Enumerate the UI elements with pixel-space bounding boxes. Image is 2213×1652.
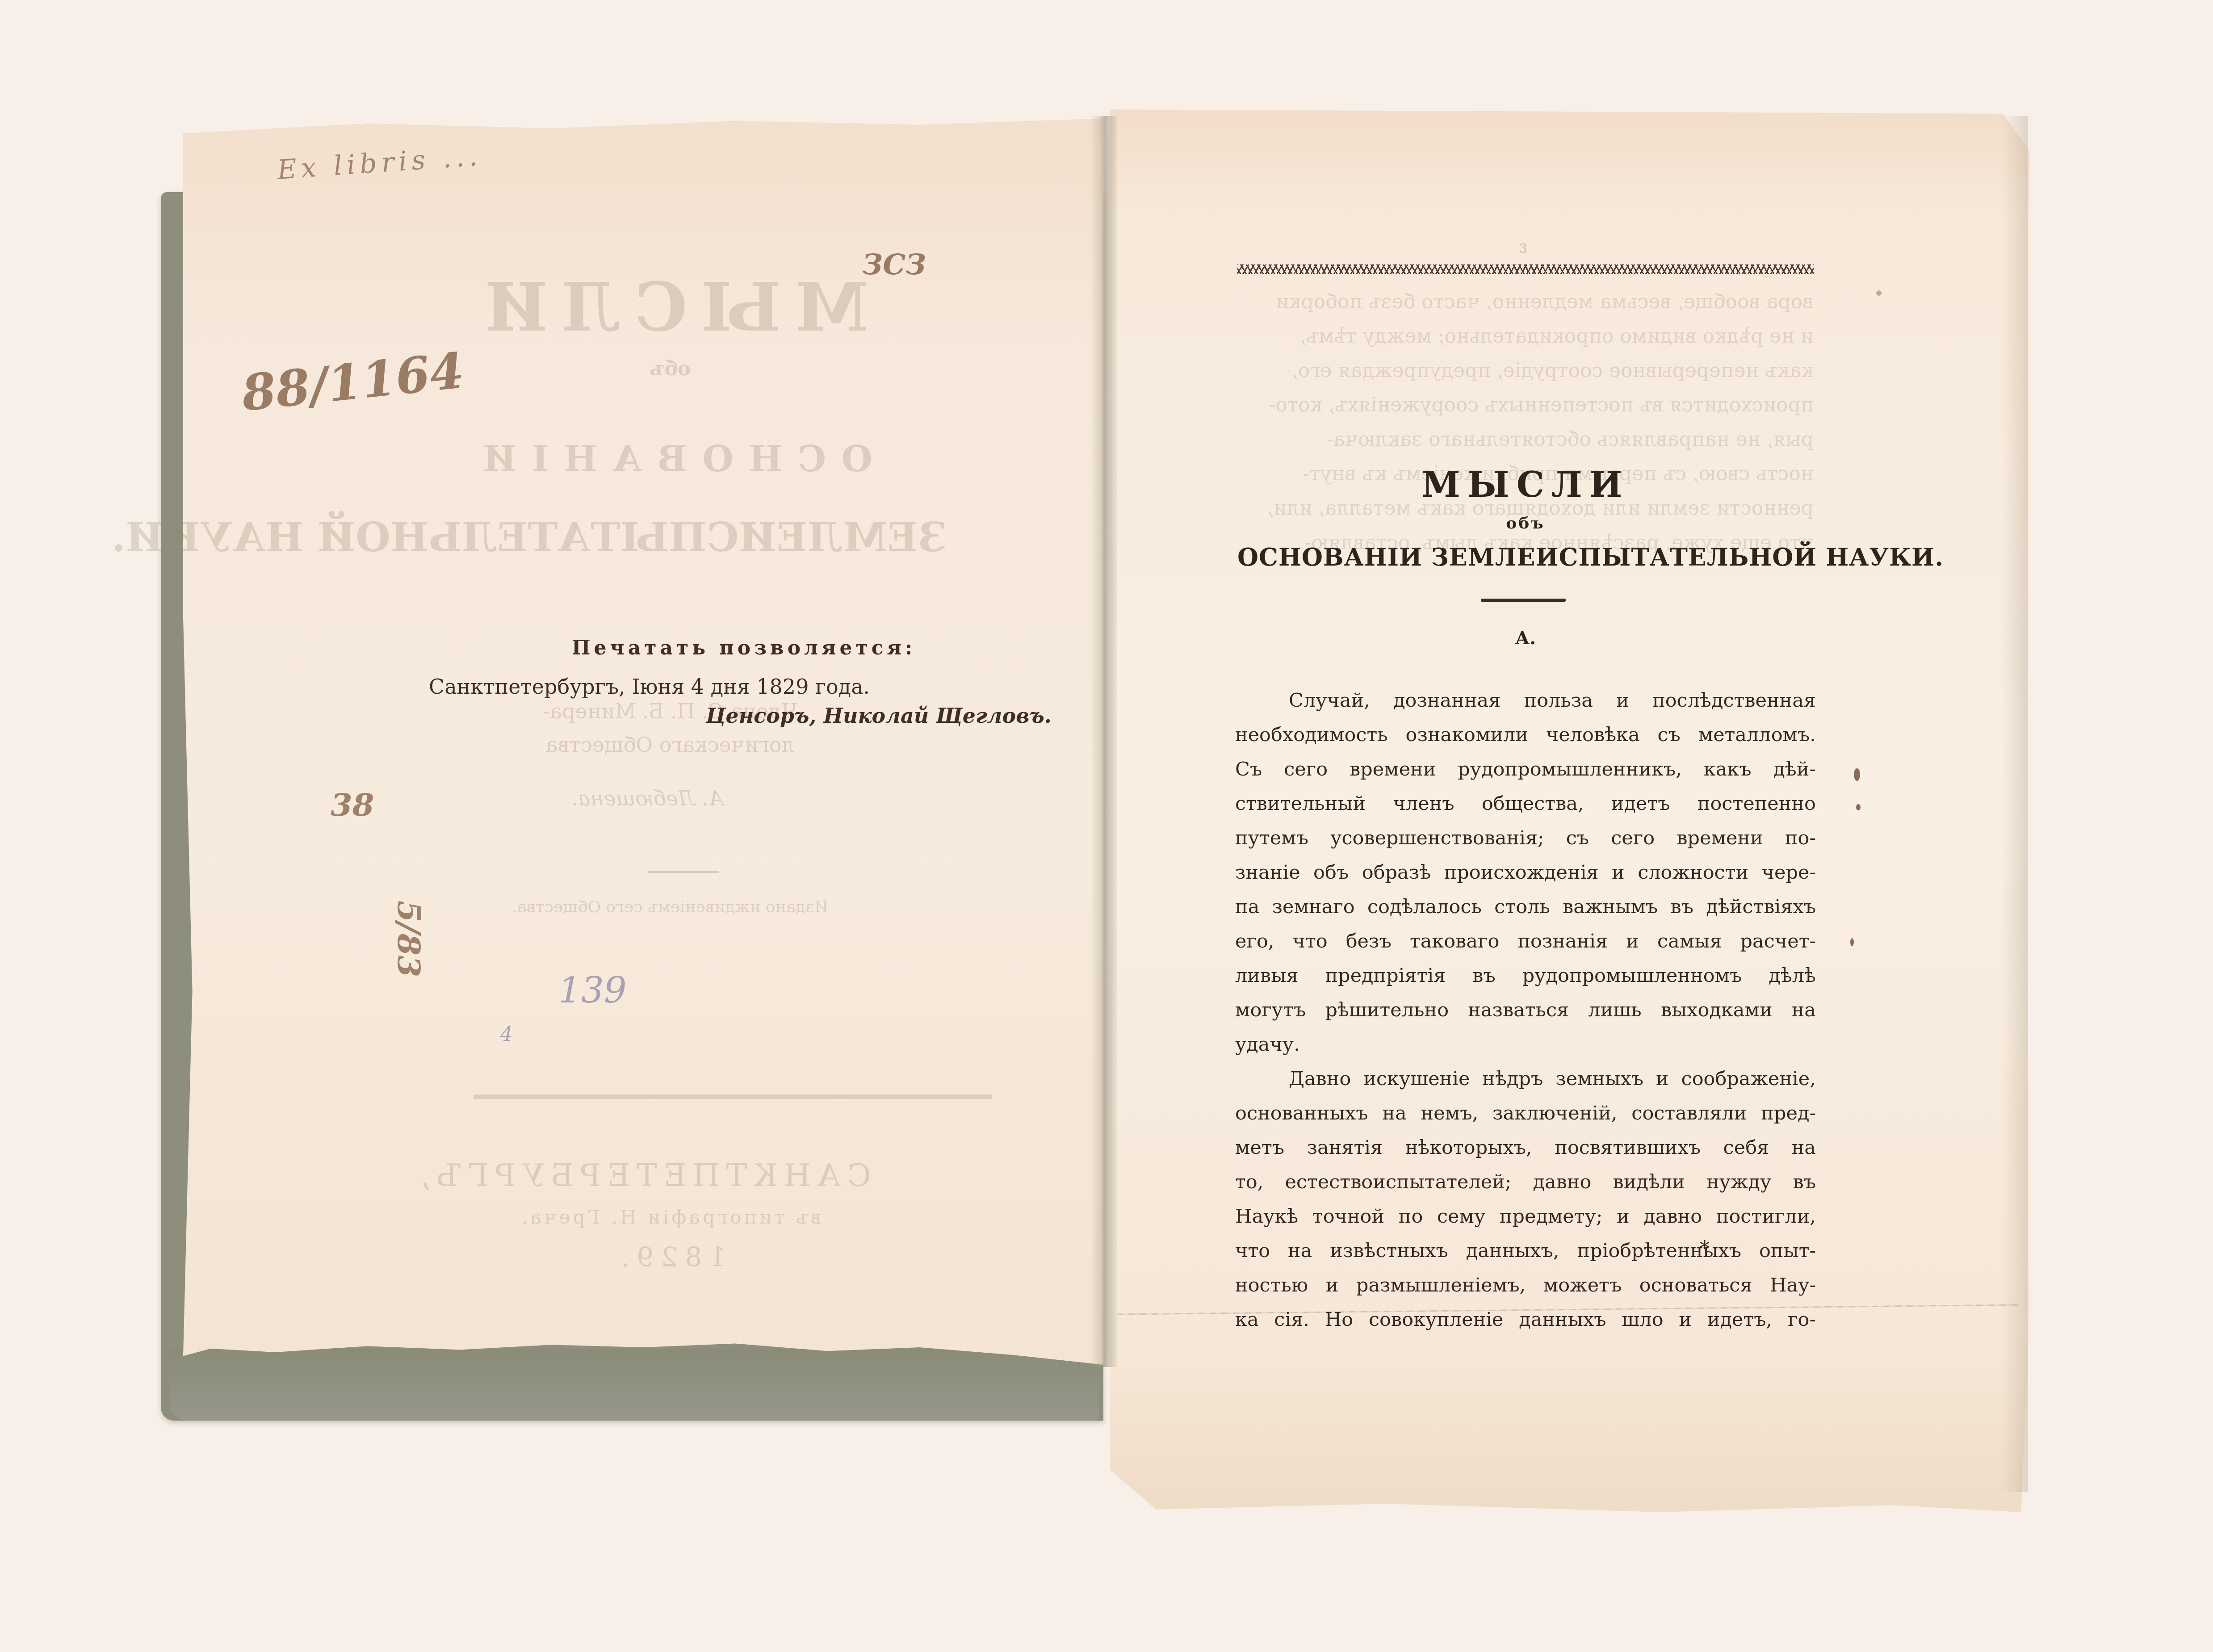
title-dash-rule — [1481, 599, 1566, 602]
right-show-through-line: вора вообще, весьма медленно, часто безъ… — [1237, 290, 1814, 313]
right-show-through-line: происходится въ постепенныхъ сооруженіях… — [1237, 394, 1814, 416]
ink-spot — [1854, 768, 1860, 781]
body-line: его, что безъ таковаго познанія и самыя … — [1235, 924, 1816, 959]
handwritten-number-rotated: 5/83 — [390, 901, 428, 977]
body-line: ствительный членъ общества, идетъ постеп… — [1235, 787, 1816, 821]
body-line: Случай, дознанная польза и послѣдственна… — [1235, 683, 1816, 718]
censor-place-date: Санктпетербургъ, Іюня 4 дня 1829 года. — [429, 675, 1010, 699]
page-folio: 3 — [1514, 241, 1532, 256]
body-line: Наукѣ точной по сему предмету; и давно п… — [1235, 1199, 1816, 1234]
pencil-number: 139 — [558, 969, 627, 1011]
show-through-osnovanii: ОСНОВАНІИ — [447, 438, 893, 480]
show-through-note: Издано иждивеніемъ сего Общества. — [469, 898, 871, 916]
body-line: знаніе объ образѣ происхожденія и сложно… — [1235, 855, 1816, 890]
handwritten-number: 38 — [331, 786, 374, 823]
zigzag-head-ornament — [1237, 264, 1814, 274]
chapter-title: МЫСЛИ — [1237, 465, 1814, 505]
chapter-subtitle: ОСНОВАНІИ ЗЕМЛЕИСПЫТАТЕЛЬНОЙ НАУКИ. — [1237, 543, 1814, 571]
book-cover-bottom-edge — [170, 1349, 1099, 1421]
body-line: необходимость ознакомили человѣка съ мет… — [1235, 718, 1816, 752]
show-through-ob: объ — [581, 357, 759, 380]
ink-spot — [1856, 804, 1861, 810]
right-show-through-line: и не рѣдко видимо опрокидательно; между … — [1237, 325, 1814, 348]
body-text: Случай, дознанная польза и послѣдственна… — [1235, 683, 1816, 1337]
body-line: Съ сего времени рудопромышленникъ, какъ … — [1235, 752, 1816, 787]
right-page-edge-shadow — [2001, 116, 2028, 1492]
body-line: основанныхъ на немъ, заключеній, составл… — [1235, 1096, 1816, 1131]
body-line: ностью и размышленіемъ, можетъ основатьс… — [1235, 1268, 1816, 1303]
body-line: ливыя предпріятія въ рудопромышленномъ д… — [1235, 959, 1816, 993]
censor-heading: Печатать позволяется: — [572, 637, 929, 659]
show-through-year: 1829. — [581, 1242, 759, 1273]
body-line: метъ занятія нѣкоторыхъ, посвятившихъ се… — [1235, 1131, 1816, 1165]
body-line: па земнаго содѣлалось столь важнымъ въ д… — [1235, 890, 1816, 924]
body-line: могутъ рѣшительно назваться лишь выходка… — [1235, 993, 1816, 1027]
foxing-spot — [1876, 290, 1882, 296]
show-through-rule — [648, 871, 719, 873]
body-line: что на извѣстныхъ данныхъ, пріобрѣтенных… — [1235, 1234, 1816, 1268]
show-through-double-rule — [474, 1094, 992, 1099]
show-through-line3: логическаго Общества — [469, 733, 871, 757]
pencil-note: 4 — [500, 1023, 513, 1046]
body-line: Давно искушеніе нѣдръ земныхъ и соображе… — [1235, 1062, 1816, 1096]
show-through-title: МЫСЛИ — [469, 268, 871, 347]
body-line: ка сія. Но совокупленіе данныхъ шло и ид… — [1235, 1303, 1816, 1337]
handwritten-mark: ЗСЗ — [862, 248, 926, 281]
body-line: путемъ усовершенствованія; съ сего време… — [1235, 821, 1816, 855]
show-through-author: А. Лебюшена. — [536, 786, 759, 810]
show-through-city: САНКТПЕТЕРБУРГЪ, — [469, 1157, 871, 1194]
book-gutter — [1090, 116, 1117, 1367]
body-line: то, естествоиспытателей; давно видѣли ну… — [1235, 1165, 1816, 1199]
chapter-title-preposition: объ — [1237, 514, 1814, 532]
show-through-subject: ЗЕМЛЕИСПЫТАТЕЛЬНОЙ НАУКИ. — [411, 514, 947, 561]
censor-signature: Ценсоръ, Николай Щегловъ. — [706, 704, 1063, 728]
section-marker: А. — [1237, 628, 1814, 649]
ink-spot — [1850, 938, 1854, 946]
signature-asterisk: * — [1700, 1237, 1710, 1260]
right-show-through-line: рыя, не направляясь обстоятельнаго заклю… — [1237, 428, 1814, 451]
right-show-through-line: какъ неперерывное соотрудіе, предупрежда… — [1237, 359, 1814, 382]
show-through-press: въ типографіи Н. Греча. — [447, 1206, 893, 1228]
body-line: удачу. — [1235, 1027, 1816, 1062]
